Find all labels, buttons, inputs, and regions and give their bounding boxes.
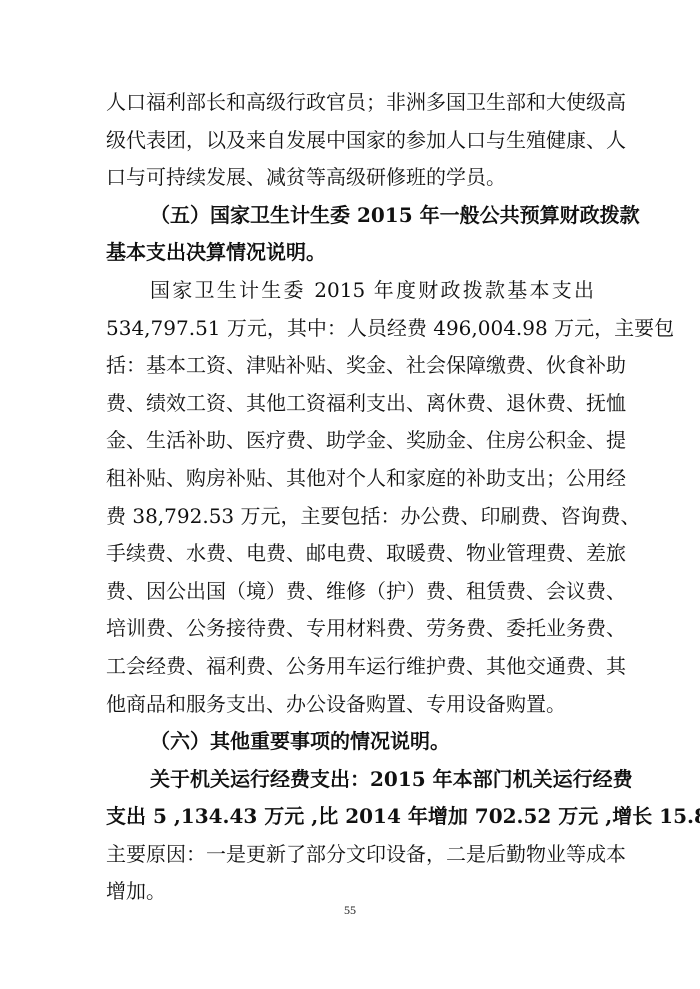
- heading-line: （六）其他重要事项的情况说明。: [106, 723, 594, 761]
- section-heading-6: （六）其他重要事项的情况说明。: [106, 723, 594, 761]
- text-line: 口与可持续发展、减贫等高级研修班的学员。: [106, 159, 594, 197]
- text-line: 工会经费、福利费、公务用车运行维护费、其他交通费、其: [106, 648, 594, 686]
- heading-line: （五）国家卫生计生委 2015 年一般公共预算财政拨款: [106, 197, 594, 235]
- text-line: 费、因公出国（境）费、维修（护）费、租赁费、会议费、: [106, 573, 594, 611]
- text-line: 国家卫生计生委 2015 年度财政拨款基本支出: [106, 272, 594, 310]
- text-line: 人口福利部长和高级行政官员；非洲多国卫生部和大使级高: [106, 84, 594, 122]
- paragraph-basic-expenditure: 国家卫生计生委 2015 年度财政拨款基本支出 534,797.51 万元，其中…: [106, 272, 594, 723]
- page-number: 55: [0, 903, 700, 918]
- text-line: 534,797.51 万元，其中：人员经费 496,004.98 万元，主要包: [106, 310, 594, 348]
- text-line: 费 38,792.53 万元，主要包括：办公费、印刷费、咨询费、: [106, 498, 594, 536]
- text-line: 主要原因：一是更新了部分文印设备，二是后勤物业等成本: [106, 836, 594, 874]
- document-page: 人口福利部长和高级行政官员；非洲多国卫生部和大使级高 级代表团，以及来自发展中国…: [0, 0, 700, 989]
- text-line: 费、绩效工资、其他工资福利支出、离休费、退休费、抚恤: [106, 385, 594, 423]
- section-heading-5: （五）国家卫生计生委 2015 年一般公共预算财政拨款 基本支出决算情况说明。: [106, 197, 594, 272]
- document-body: 人口福利部长和高级行政官员；非洲多国卫生部和大使级高 级代表团，以及来自发展中国…: [106, 84, 594, 911]
- text-line: 租补贴、购房补贴、其他对个人和家庭的补助支出；公用经: [106, 460, 594, 498]
- paragraph-operating-expenses: 关于机关运行经费支出：2015 年本部门机关运行经费 支出 5 ,134.43 …: [106, 761, 594, 836]
- paragraph-main-reasons: 主要原因：一是更新了部分文印设备，二是后勤物业等成本 增加。: [106, 836, 594, 911]
- paragraph-continuation-participants: 人口福利部长和高级行政官员；非洲多国卫生部和大使级高 级代表团，以及来自发展中国…: [106, 84, 594, 197]
- text-line: 级代表团，以及来自发展中国家的参加人口与生殖健康、人: [106, 122, 594, 160]
- text-line: 关于机关运行经费支出：2015 年本部门机关运行经费: [106, 761, 594, 799]
- text-line: 支出 5 ,134.43 万元 ,比 2014 年增加 702.52 万元 ,增…: [106, 798, 594, 836]
- text-line: 手续费、水费、电费、邮电费、取暖费、物业管理费、差旅: [106, 535, 594, 573]
- text-line: 培训费、公务接待费、专用材料费、劳务费、委托业务费、: [106, 610, 594, 648]
- text-line: 他商品和服务支出、办公设备购置、专用设备购置。: [106, 686, 594, 724]
- heading-line: 基本支出决算情况说明。: [106, 234, 594, 272]
- text-line: 金、生活补助、医疗费、助学金、奖励金、住房公积金、提: [106, 422, 594, 460]
- text-line: 括：基本工资、津贴补贴、奖金、社会保障缴费、伙食补助: [106, 347, 594, 385]
